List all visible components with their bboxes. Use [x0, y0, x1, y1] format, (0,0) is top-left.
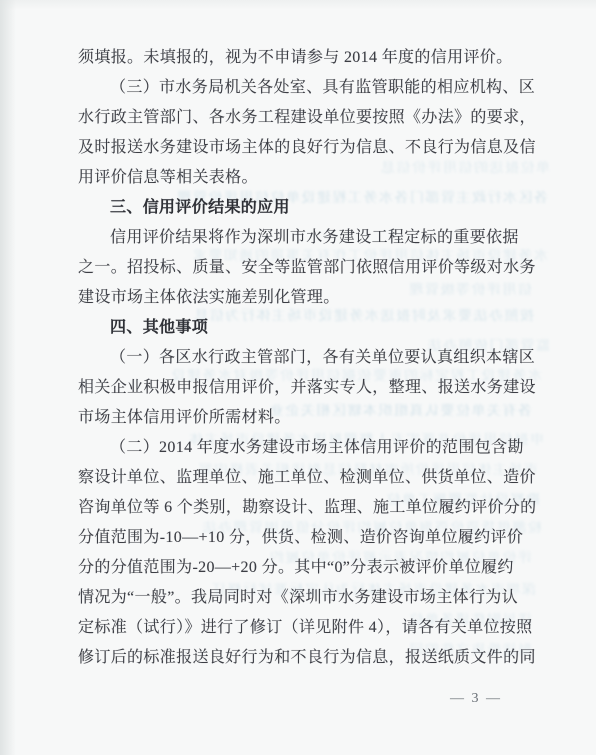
body-text-line: 定标准（试行）》进行了修订（详见附件 4），请各有关单位按照 [78, 613, 530, 643]
body-text-line: 用评价信息等相关表格。 [78, 163, 530, 193]
body-text-line: 须填报。未填报的，视为不申请参与 2014 年度的信用评价。 [78, 43, 530, 73]
body-text-line: （三）市水务局机关各处室、具有监管职能的相应机构、区 [78, 73, 530, 103]
body-text-line: 之一。招投标、质量、安全等监管部门依照信用评价等级对水务 [78, 253, 530, 283]
scan-edge-shadow-left [0, 0, 16, 755]
body-text-line: 察设计单位、监理单位、施工单位、检测单位、供货单位、造价 [78, 463, 530, 493]
section-heading-4: 四、其他事项 [78, 313, 530, 343]
body-text-line: 建设市场主体依法实施差别化管理。 [78, 283, 530, 313]
scan-edge-shadow-top [0, 0, 596, 10]
scanned-document-page: 单位报送的信用评价信息 各区水行政主管部门各水务工程建设单位信用评价管理 水务建… [0, 0, 596, 755]
body-text-line: 分值范围为-10—+10 分，供货、检测、造价咨询单位履约评价 [78, 523, 530, 553]
body-text-line: 水行政主管部门、各水务工程建设单位要按照《办法》的要求， [78, 103, 530, 133]
body-text-line: 相关企业积极申报信用评价，并落实专人，整理、报送水务建设 [78, 373, 530, 403]
body-text-line: （一）各区水行政主管部门，各有关单位要认真组织本辖区 [78, 343, 530, 373]
page-number: — 3 — [450, 691, 502, 707]
body-text-line: 分的分值范围为-20—+20 分。其中“0”分表示被评价单位履约 [78, 553, 530, 583]
body-text-line: 咨询单位等 6 个类别，勘察设计、监理、施工单位履约评价分的 [78, 493, 530, 523]
body-text-line: 信用评价结果将作为深圳市水务建设工程定标的重要依据 [78, 223, 530, 253]
body-text-line: 市场主体信用评价所需材料。 [78, 403, 530, 433]
body-text-line: 修订后的标准报送良好行为和不良行为信息，报送纸质文件的同 [78, 643, 530, 673]
body-text-line: （二）2014 年度水务建设市场主体信用评价的范围包含勘 [78, 433, 530, 463]
section-heading-3: 三、信用评价结果的应用 [78, 193, 530, 223]
document-body: 须填报。未填报的，视为不申请参与 2014 年度的信用评价。 （三）市水务局机关… [78, 43, 530, 673]
body-text-line: 情况为“一般”。我局同时对《深圳市水务建设市场主体行为认 [78, 583, 530, 613]
body-text-line: 及时报送水务建设市场主体的良好行为信息、不良行为信息及信 [78, 133, 530, 163]
